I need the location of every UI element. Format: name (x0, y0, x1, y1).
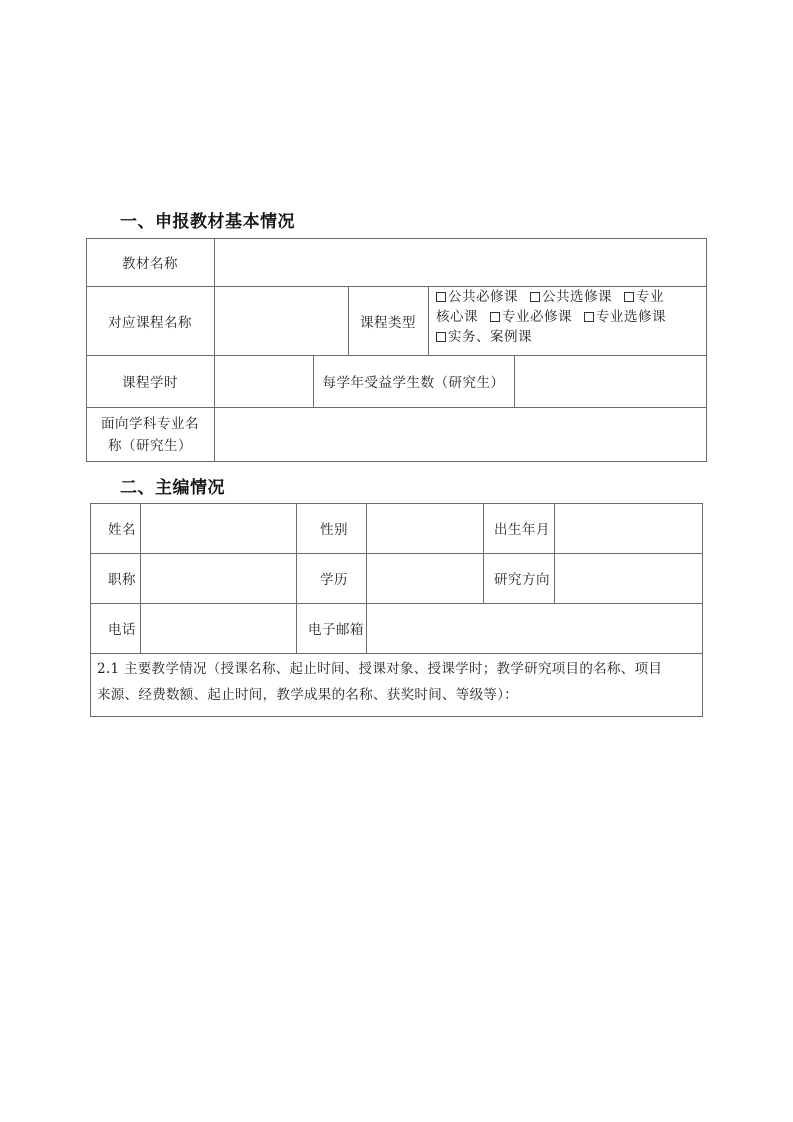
option-public-elective[interactable]: 公共选修课 (530, 289, 612, 305)
checkbox-icon[interactable] (624, 292, 634, 302)
option-practice-case[interactable]: 实务、案例课 (436, 329, 532, 345)
discipline-label-line2: 称（研究生） (108, 435, 192, 457)
option-major-core[interactable]: 专业 (624, 289, 664, 305)
course-hours-label: 课程学时 (86, 355, 214, 407)
discipline-input[interactable] (215, 408, 705, 460)
option-major-required[interactable]: 专业必修课 (490, 309, 572, 325)
section2-heading: 二、主编情况 (120, 473, 225, 498)
divider (90, 653, 703, 654)
teaching-description-line2: 来源、经费数额、起止时间，教学成果的名称、获奖时间、等级等）： (97, 682, 701, 708)
course-name-input[interactable] (215, 287, 347, 354)
course-type-line: 实务、案例课 (436, 327, 702, 347)
discipline-label: 面向学科专业名 称（研究生） (86, 407, 214, 462)
checkbox-icon[interactable] (530, 292, 540, 302)
education-input[interactable] (367, 554, 482, 602)
students-per-year-input[interactable] (515, 356, 705, 406)
section1-heading: 一、申报教材基本情况 (120, 207, 295, 232)
checkbox-icon[interactable] (490, 312, 500, 322)
course-type-line: 核心课专业必修课专业选修课 (436, 307, 702, 327)
phone-label: 电话 (90, 603, 140, 653)
discipline-label-line1: 面向学科专业名 (101, 413, 199, 435)
teaching-description-line1: 2.1 主要教学情况（授课名称、起止时间、授课对象、授课学时；教学研究项目的名称… (97, 656, 701, 682)
name-input[interactable] (141, 504, 295, 552)
education-label: 学历 (296, 553, 366, 603)
checkbox-icon[interactable] (436, 292, 446, 302)
students-per-year-label: 每学年受益学生数（研究生） (313, 355, 514, 407)
name-label: 姓名 (90, 503, 140, 553)
textbook-name-input[interactable] (215, 239, 705, 285)
gender-input[interactable] (367, 504, 482, 552)
textbook-name-label: 教材名称 (86, 238, 214, 286)
email-label: 电子邮箱 (296, 603, 366, 653)
course-hours-input[interactable] (215, 356, 312, 406)
course-name-label: 对应课程名称 (86, 286, 214, 355)
course-type-line: 公共必修课公共选修课专业 (436, 287, 702, 307)
option-major-elective[interactable]: 专业选修课 (584, 309, 666, 325)
checkbox-icon[interactable] (584, 312, 594, 322)
birth-input[interactable] (555, 504, 702, 552)
email-input[interactable] (367, 604, 702, 652)
research-input[interactable] (555, 554, 702, 602)
research-label: 研究方向 (483, 553, 554, 603)
teaching-description: 2.1 主要教学情况（授课名称、起止时间、授课对象、授课学时；教学研究项目的名称… (97, 656, 701, 708)
title-label: 职称 (90, 553, 140, 603)
course-type-options: 公共必修课公共选修课专业 核心课专业必修课专业选修课 实务、案例课 (436, 287, 702, 347)
option-public-required[interactable]: 公共必修课 (436, 289, 518, 305)
divider (428, 286, 429, 355)
title-input[interactable] (141, 554, 295, 602)
phone-input[interactable] (141, 604, 295, 652)
birth-label: 出生年月 (483, 503, 554, 553)
course-type-label: 课程类型 (348, 286, 428, 355)
checkbox-icon[interactable] (436, 332, 446, 342)
gender-label: 性别 (296, 503, 366, 553)
